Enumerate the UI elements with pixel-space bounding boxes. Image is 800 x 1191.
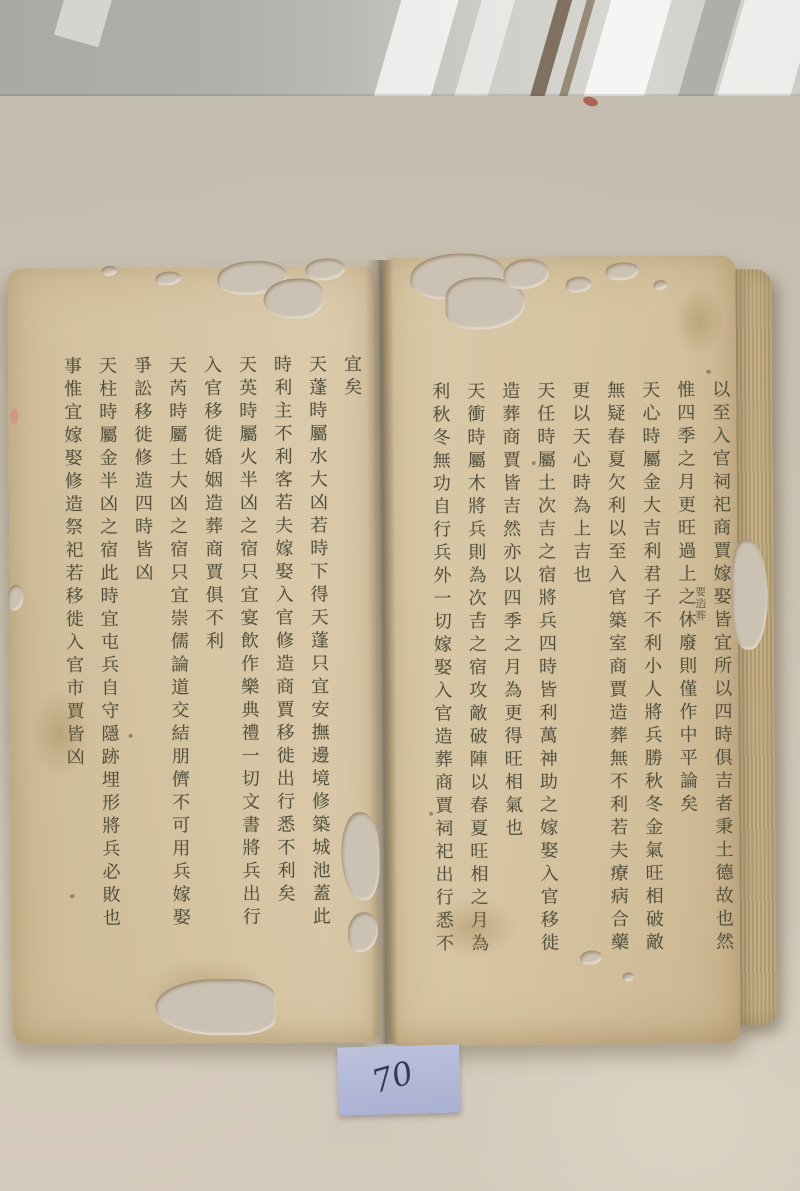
dirt-speck [532,461,536,465]
text-column: 無疑春夏欠利以至入官築室商賈造葬無不利若夫療病合藥 [605,380,627,1006]
text-column: 以至入官祠祀商賈嫁娶皆宜所以四時俱吉者秉土德故也然 [710,380,732,1006]
page-number-text: 70 [371,1053,414,1102]
dirt-speck [429,812,433,816]
glass-streak [582,0,672,96]
text-column: 天心時屬金大吉利君子不利小人將兵勝秋冬金氣旺相破敵 [640,380,662,1006]
text-column: 天柱時屬金半凶之宿此時宜屯兵自守隱跡埋形將兵必敗也 [97,356,120,1004]
text-column: 天蓬時屬水大凶若時下得天蓬只宜安撫邊境修築城池蓋此 [307,354,330,1002]
text-column: 事惟宜嫁娶修造祭祀若移徙入官市賈皆凶 [62,356,85,1004]
glass-streak [451,0,516,96]
paper-stain [428,897,518,958]
text-column: 入官移徙婚姻造葬商賈俱不利 [202,355,225,1003]
text-column: 惟四季之月更旺過上之休廢則僅作中平論矣 [675,380,697,1006]
paper-stain [30,688,91,778]
paper-stain [673,286,723,356]
sticky-note: 70 [337,1044,461,1115]
text-column: 天芮時屬土大凶之宿只宜崇儒論道交結朋儕不可用兵嫁娶 [167,355,190,1003]
interlinear-annotation: 要造葬 [692,586,708,622]
dirt-speck [706,370,711,374]
left-page: 宜矣 天蓬時屬水大凶若時下得天蓬只宜安撫邊境修築城池蓋此 時利主不利客若夫嫁娶入… [7,266,378,1045]
dirt-speck [70,894,75,898]
text-column: 爭訟移徙修造四時皆凶 [132,356,155,1004]
torn-corner [155,979,275,1036]
dirt-speck [129,734,133,738]
text-column: 宜矣 [342,354,365,1002]
text-column: 天英時屬火半凶之宿只宜宴飲作樂典禮一切文書將兵出行 [237,355,260,1003]
worm-hole [263,278,323,318]
open-book: 以至入官祠祀商賈嫁娶皆宜所以四時俱吉者秉土德故也然 惟四季之月更旺過上之休廢則僅… [5,249,777,1054]
text-column: 更以天心時為上吉也 [570,381,592,1007]
red-debris-mark [582,95,599,108]
left-page-text: 宜矣 天蓬時屬水大凶若時下得天蓬只宜安撫邊境修築城池蓋此 時利主不利客若夫嫁娶入… [20,354,365,1004]
text-column: 天任時屬土次吉之宿將兵四時皆利萬神助之嫁娶入官移徙 [535,381,557,1007]
right-page: 以至入官祠祀商賈嫁娶皆宜所以四時俱吉者秉土德故也然 惟四季之月更旺過上之休廢則僅… [383,256,740,1046]
red-pigment-mark [10,409,18,425]
photo-background: 以至入官祠祀商賈嫁娶皆宜所以四時俱吉者秉土德故也然 惟四季之月更旺過上之休廢則僅… [0,0,800,1191]
dirt-speck [478,611,482,614]
glass-streak [372,0,459,96]
text-column: 時利主不利客若夫嫁娶入官修造商賈移徙出行悉不利矣 [272,355,295,1003]
glass-reflection-strip [0,0,800,96]
glass-streak [54,0,112,47]
